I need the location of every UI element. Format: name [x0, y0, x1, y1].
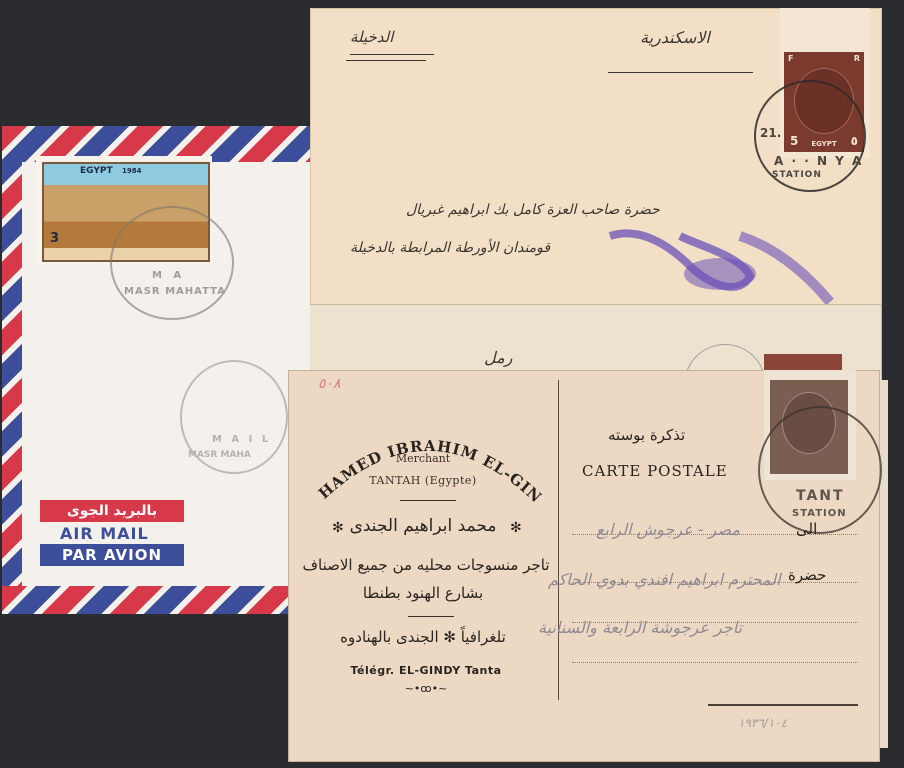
- stamp-corner-letter: R: [854, 54, 860, 63]
- ornament-rule: [408, 616, 454, 617]
- postmark-line: M A I L: [212, 434, 271, 445]
- trade-description-arabic: تاجر منسوجات محليه من جميع الاصناف: [288, 556, 564, 574]
- postmark-town: TANT: [796, 488, 845, 504]
- cover-airmail: EGYPT 1984 3 M A MASR MAHATTA M A I L MA…: [2, 126, 310, 614]
- airmail-label-english: AIR MAIL: [60, 524, 149, 543]
- stamp-country: EGYPT: [80, 166, 113, 176]
- underline: [350, 54, 434, 55]
- handwritten-address-3: تاجر عرجوشة الرابعة والسنانية: [538, 618, 742, 637]
- ornament-rule: [400, 500, 456, 501]
- postmark-circle: M A I L MASR MAHA: [180, 360, 288, 474]
- purple-cachet-stamp: [600, 226, 840, 306]
- postcard-title-arabic: تذكرة بوسته: [608, 426, 685, 444]
- airmail-label-french: PAR AVION: [40, 544, 184, 566]
- postmark-subtitle: STATION: [772, 170, 822, 180]
- postmark-town: MASR MAHATTA: [124, 286, 226, 297]
- handwritten-destination-right: الاسكندرية: [640, 28, 710, 47]
- merchant-city: TANTAH (Egypte): [288, 474, 558, 487]
- star-ornament-icon: ✻: [510, 520, 522, 536]
- underline: [346, 60, 426, 61]
- street-arabic: بشارع الهنود بطنطا: [288, 584, 558, 602]
- telegraph-address: Télégr. EL-GINDY Tanta: [288, 664, 564, 677]
- postcard-title-french: CARTE POSTALE: [582, 462, 728, 480]
- postmark-circle: M A MASR MAHATTA: [110, 206, 234, 320]
- postmark-town: A · · N Y A: [774, 154, 863, 168]
- address-line-2: قومندان الأورطة المرابطة بالدخيلة: [350, 240, 550, 256]
- postmark-circle: TANT STATION: [758, 406, 882, 534]
- handwritten-note: رمل: [484, 348, 512, 367]
- postcard: ٥٠٨ MOHAMED IBRAHIM EL-GINDY Merchant TA…: [288, 370, 880, 762]
- stamp-corner-letter: F: [788, 54, 793, 63]
- handwritten-address-1: مصر - عرجوش الرابع: [596, 520, 740, 539]
- cover-alexandria: الدخيلة الاسكندرية حضرة صاحب العزة كامل …: [310, 8, 882, 308]
- handwritten-address-2: المحترم ابراهيم افندي بدوي الحاكم: [548, 570, 781, 589]
- address-line-1: حضرة صاحب العزة كامل بك ابراهيم غبريال: [406, 202, 660, 218]
- signature-line: [708, 704, 858, 706]
- handwritten-destination-left: الدخيلة: [350, 28, 393, 46]
- postmark-subtitle: STATION: [792, 508, 847, 519]
- telegraph-arabic: تلغرافياً ✻ الجندى بالهنادوه: [288, 628, 558, 646]
- honor-label: حضرة: [788, 566, 826, 584]
- underline: [608, 72, 753, 73]
- merchant-label: Merchant: [288, 452, 558, 465]
- postmark-town: MASR MAHA: [188, 450, 251, 460]
- postmark-date: 21.: [760, 126, 781, 140]
- stamp-year: 1984: [122, 167, 141, 175]
- postcard-divider: [558, 380, 559, 700]
- postmark-circle: 21. A · · N Y A STATION: [754, 80, 866, 192]
- airmail-label-arabic: بالبريد الجوى: [40, 500, 184, 522]
- stamp-value: 3: [50, 231, 59, 246]
- to-label: الى: [796, 520, 817, 538]
- address-dotted-line: [572, 662, 858, 663]
- pencil-note: ١٩٣٦/١٠٤: [738, 716, 787, 730]
- bottom-ornament: ~•ꝏ•~: [288, 682, 564, 695]
- airmail-stripes-left: [2, 126, 22, 614]
- postmark-line: M A: [152, 270, 185, 281]
- red-pencil-note: ٥٠٨: [318, 376, 341, 392]
- airmail-stripes-bottom: [2, 586, 310, 614]
